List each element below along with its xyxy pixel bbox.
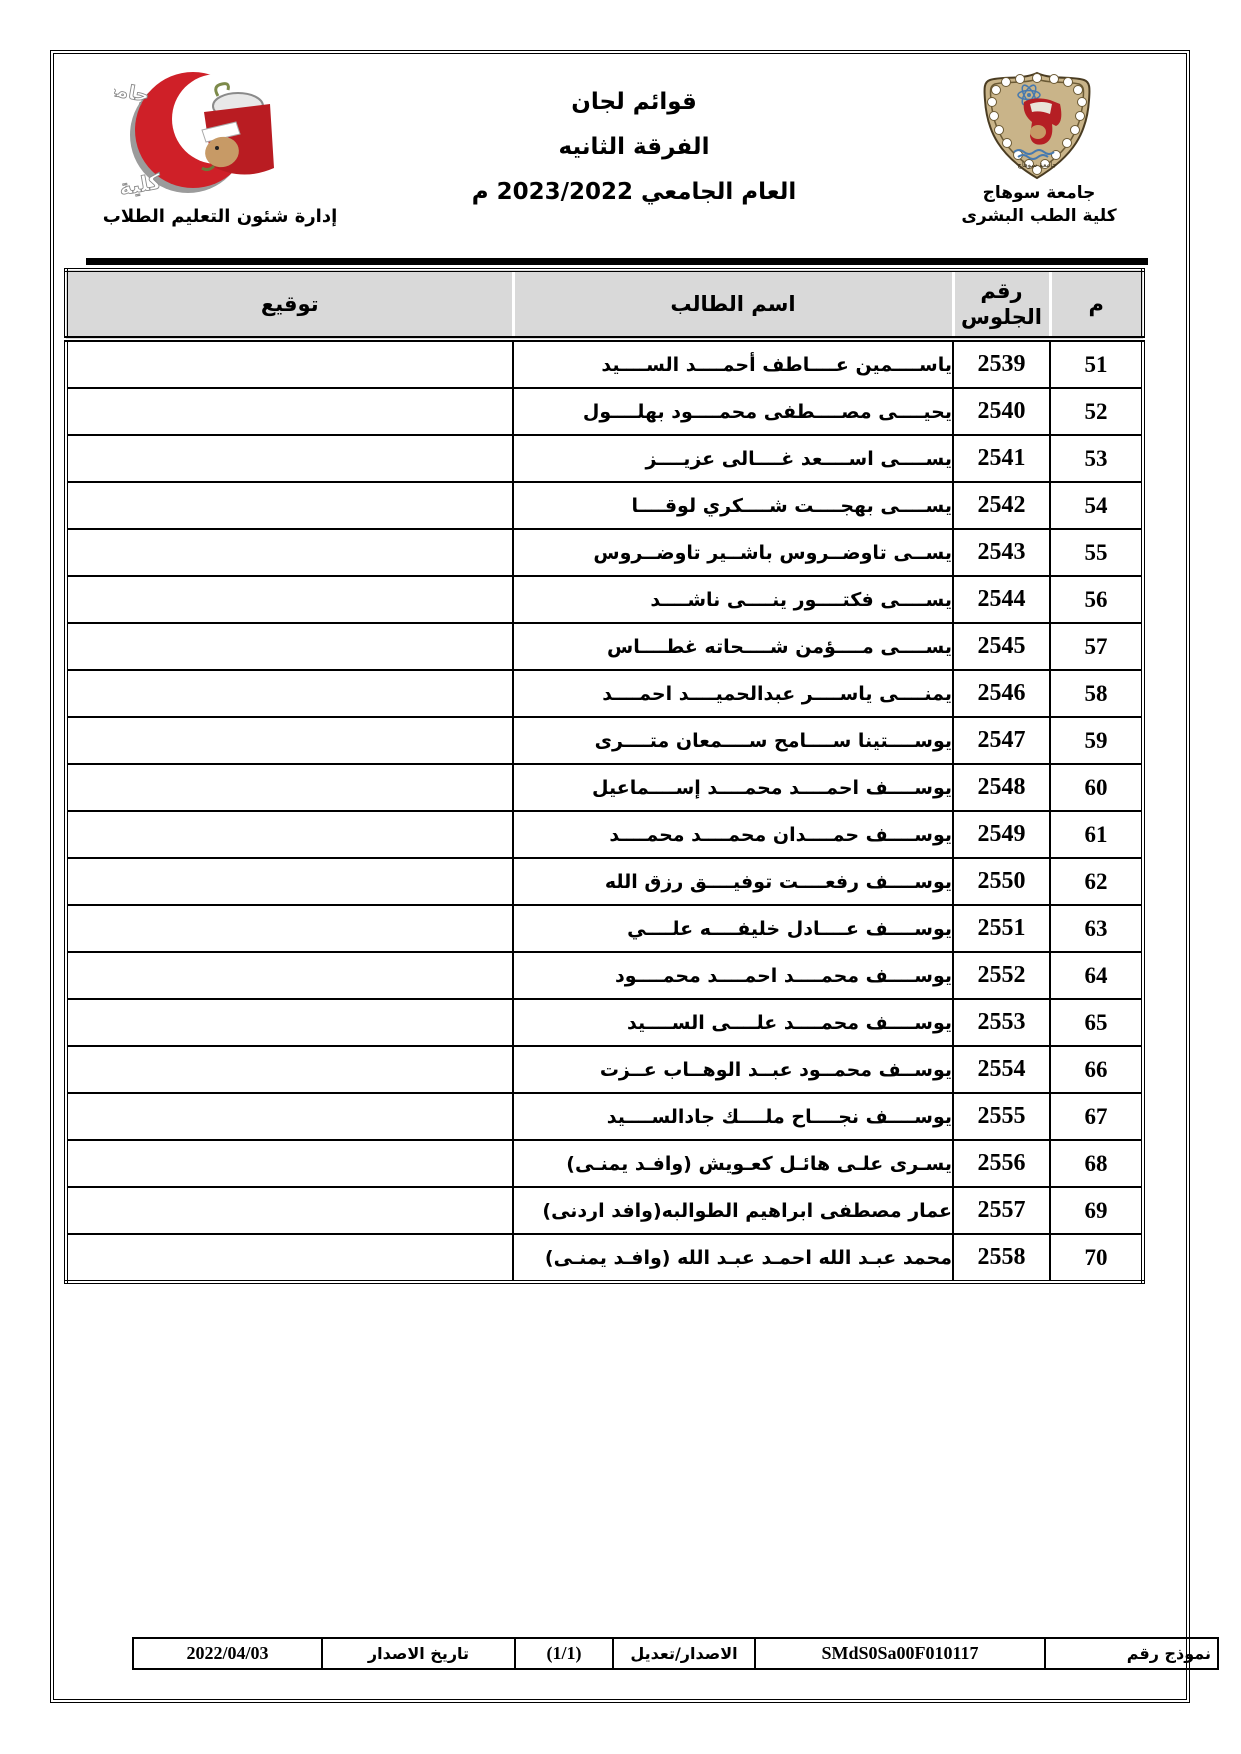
serial-cell: 64 (1050, 952, 1143, 999)
issue-type-label: الاصدار/تعديل (613, 1638, 755, 1669)
serial-cell: 67 (1050, 1093, 1143, 1140)
col-header-student-name: اسم الطالب (513, 270, 953, 339)
serial-cell: 51 (1050, 339, 1143, 388)
signature-cell (66, 1187, 513, 1234)
serial-cell: 62 (1050, 858, 1143, 905)
issue-date-label: تاريخ الاصدار (322, 1638, 515, 1669)
signature-cell (66, 717, 513, 764)
shield-small-text: جامعة سوهاج (1017, 161, 1056, 169)
seat-number-cell: 2550 (953, 858, 1050, 905)
atom-nucleus (1027, 93, 1031, 97)
signature-cell (66, 811, 513, 858)
student-name-cell: يوســــف حمــــدان محمــــد محمــــد (513, 811, 953, 858)
student-name-cell: يوســــف محمــــد علــــى الســــيد (513, 999, 953, 1046)
seat-number-cell: 2546 (953, 670, 1050, 717)
title-academic-year: العام الجامعي 2023/2022 م (434, 170, 834, 215)
table-header-row: م رقم الجلوس اسم الطالب توقيع (66, 270, 1143, 339)
student-name-cell: محمد عبـد الله احمـد عبـد الله (وافـد يم… (513, 1234, 953, 1282)
signature-cell (66, 482, 513, 529)
student-name-cell: يســى تاوضــروس باشــير تاوضــروس (513, 529, 953, 576)
student-name-cell: يوســــف عــــادل خليفــــه علــــي (513, 905, 953, 952)
student-name-cell: يمنــــى ياســــر عبدالحميــــد احمــــد (513, 670, 953, 717)
serial-cell: 57 (1050, 623, 1143, 670)
seat-number-cell: 2547 (953, 717, 1050, 764)
table-row: 65 2553 يوســــف محمــــد علــــى الســـ… (66, 999, 1143, 1046)
table-row: 57 2545 يســــى مــــؤمن شــــحاته غطـــ… (66, 623, 1143, 670)
signature-cell (66, 1140, 513, 1187)
col-header-signature: توقيع (66, 270, 513, 339)
table-row: 58 2546 يمنــــى ياســــر عبدالحميــــد … (66, 670, 1143, 717)
seat-number-cell: 2558 (953, 1234, 1050, 1282)
signature-cell (66, 576, 513, 623)
student-name-cell: يســــى اســــعد غــــالى عزيــــز (513, 435, 953, 482)
table-row: 62 2550 يوســــف رفعــــت توفيــــق رزق … (66, 858, 1143, 905)
serial-cell: 65 (1050, 999, 1143, 1046)
signature-cell (66, 388, 513, 435)
title-committee-lists: قوائم لجان (434, 80, 834, 125)
student-name-cell: يســــى فكتــــور ينــــى ناشــــد (513, 576, 953, 623)
student-name-cell: عمار مصطفى ابراهيم الطوالبه(وافد اردنى) (513, 1187, 953, 1234)
seat-number-cell: 2541 (953, 435, 1050, 482)
student-name-cell: يوســــف رفعــــت توفيــــق رزق الله (513, 858, 953, 905)
crescent-bottom-text: كلية الطب (114, 169, 164, 198)
table-row: 53 2541 يســــى اســــعد غــــالى عزيـــ… (66, 435, 1143, 482)
serial-cell: 70 (1050, 1234, 1143, 1282)
seat-number-cell: 2557 (953, 1187, 1050, 1234)
university-name: جامعة سوهاج (909, 182, 1169, 205)
seat-number-cell: 2548 (953, 764, 1050, 811)
table-row: 68 2556 يسـرى علـى هائـل كعـويش (وافـد ي… (66, 1140, 1143, 1187)
col-header-seat-number: رقم الجلوس (953, 270, 1050, 339)
students-committee-table: م رقم الجلوس اسم الطالب توقيع 51 2539 يا… (64, 268, 1145, 1284)
pharaoh-eye (215, 146, 219, 150)
table-row: 64 2552 يوســــف محمــــد احمــــد محمــ… (66, 952, 1143, 999)
student-name-cell: يوســــف احمــــد محمــــد إســــماعيل (513, 764, 953, 811)
serial-cell: 54 (1050, 482, 1143, 529)
table-row: 55 2543 يســى تاوضــروس باشــير تاوضــرو… (66, 529, 1143, 576)
serial-cell: 56 (1050, 576, 1143, 623)
serial-cell: 66 (1050, 1046, 1143, 1093)
serial-cell: 68 (1050, 1140, 1143, 1187)
seat-number-cell: 2539 (953, 339, 1050, 388)
table-row: 51 2539 ياســــمين عــــاطف أحمــــد الس… (66, 339, 1143, 388)
signature-cell (66, 1046, 513, 1093)
seat-number-cell: 2540 (953, 388, 1050, 435)
signature-cell (66, 764, 513, 811)
serial-cell: 69 (1050, 1187, 1143, 1234)
signature-cell (66, 339, 513, 388)
col-header-serial: م (1050, 270, 1143, 339)
university-faculty-label: جامعة سوهاج كلية الطب البشرى (909, 182, 1169, 228)
signature-cell (66, 858, 513, 905)
student-name-cell: يسـرى علـى هائـل كعـويش (وافـد يمنـى) (513, 1140, 953, 1187)
seat-number-cell: 2549 (953, 811, 1050, 858)
signature-cell (66, 999, 513, 1046)
table-row: 60 2548 يوســــف احمــــد محمــــد إســـ… (66, 764, 1143, 811)
student-name-cell: يســــى مــــؤمن شــــحاته غطــــاس (513, 623, 953, 670)
table-row: 54 2542 يســــى بهجــــت شــــكري لوقـــ… (66, 482, 1143, 529)
seat-number-cell: 2554 (953, 1046, 1050, 1093)
form-number-label: نموذج رقم (1045, 1638, 1218, 1669)
document-title-block: قوائم لجان الفرقة الثانيه العام الجامعي … (434, 80, 834, 215)
seat-number-cell: 2555 (953, 1093, 1050, 1140)
signature-cell (66, 670, 513, 717)
emblem-face (1030, 125, 1046, 139)
table-row: 66 2554 يوســف محمــود عبــد الوهــاب عـ… (66, 1046, 1143, 1093)
seat-number-cell: 2543 (953, 529, 1050, 576)
serial-cell: 52 (1050, 388, 1143, 435)
footer-row: نموذج رقمSMdS0Sa00F010117الاصدار/تعديل(1… (133, 1638, 1218, 1669)
form-number-value: SMdS0Sa00F010117 (755, 1638, 1045, 1669)
crescent-top-text: جامعة سوهاج (114, 66, 151, 107)
title-second-year: الفرقة الثانيه (434, 125, 834, 170)
student-table-body: 51 2539 ياســــمين عــــاطف أحمــــد الس… (66, 339, 1143, 1282)
student-education-affairs-label: إدارة شئون التعليم الطلاب (82, 206, 358, 227)
col-header-seat-line1: رقم (955, 278, 1049, 304)
signature-cell (66, 1234, 513, 1282)
table-row: 56 2544 يســــى فكتــــور ينــــى ناشـــ… (66, 576, 1143, 623)
student-name-cell: يحيــــى مصــــطفى محمــــود بهلــــول (513, 388, 953, 435)
signature-cell (66, 529, 513, 576)
seat-number-cell: 2553 (953, 999, 1050, 1046)
table-row: 67 2555 يوســــف نجــــاح ملــــك جادالس… (66, 1093, 1143, 1140)
student-name-cell: يوســف محمــود عبــد الوهــاب عــزت (513, 1046, 953, 1093)
col-header-seat-line2: الجلوس (955, 304, 1049, 330)
signature-cell (66, 905, 513, 952)
issue-date-value: 2022/04/03 (133, 1638, 322, 1669)
signature-cell (66, 952, 513, 999)
signature-cell (66, 435, 513, 482)
serial-cell: 61 (1050, 811, 1143, 858)
student-name-cell: يوســــف محمــــد احمــــد محمــــود (513, 952, 953, 999)
faculty-of-medicine-crescent-logo: جامعة سوهاج كلية الطب (114, 66, 304, 198)
table-row: 69 2557 عمار مصطفى ابراهيم الطوالبه(وافد… (66, 1187, 1143, 1234)
document-page: { "colors": { "table_header_bg": "#d9d9d… (0, 0, 1241, 1754)
seat-number-cell: 2556 (953, 1140, 1050, 1187)
student-name-cell: يوســــف نجــــاح ملــــك جادالســــيد (513, 1093, 953, 1140)
page-border-frame: جامعة سوهاج كلية الطب إدارة شئون التعليم… (50, 50, 1190, 1703)
signature-cell (66, 1093, 513, 1140)
serial-cell: 63 (1050, 905, 1143, 952)
table-row: 63 2551 يوســــف عــــادل خليفــــه علــ… (66, 905, 1143, 952)
serial-cell: 59 (1050, 717, 1143, 764)
seat-number-cell: 2545 (953, 623, 1050, 670)
student-name-cell: ياســــمين عــــاطف أحمــــد الســــيد (513, 339, 953, 388)
serial-cell: 58 (1050, 670, 1143, 717)
table-row: 61 2549 يوســــف حمــــدان محمــــد محمـ… (66, 811, 1143, 858)
header-rule (86, 258, 1148, 265)
form-info-table: نموذج رقمSMdS0Sa00F010117الاصدار/تعديل(1… (132, 1637, 1219, 1670)
table-row: 52 2540 يحيــــى مصــــطفى محمــــود بهل… (66, 388, 1143, 435)
student-name-cell: يســــى بهجــــت شــــكري لوقــــا (513, 482, 953, 529)
student-name-cell: يوســــتينا ســــامح ســــمعان متــــرى (513, 717, 953, 764)
signature-cell (66, 623, 513, 670)
seat-number-cell: 2544 (953, 576, 1050, 623)
serial-cell: 53 (1050, 435, 1143, 482)
serial-cell: 55 (1050, 529, 1143, 576)
table-row: 59 2547 يوســــتينا ســــامح ســــمعان م… (66, 717, 1143, 764)
sohag-university-shield-logo: جامعة سوهاج (972, 70, 1102, 182)
table-row: 70 2558 محمد عبـد الله احمـد عبـد الله (… (66, 1234, 1143, 1282)
seat-number-cell: 2552 (953, 952, 1050, 999)
serial-cell: 60 (1050, 764, 1143, 811)
seat-number-cell: 2551 (953, 905, 1050, 952)
issue-type-value: (1/1) (515, 1638, 613, 1669)
faculty-name: كلية الطب البشرى (909, 205, 1169, 228)
seat-number-cell: 2542 (953, 482, 1050, 529)
